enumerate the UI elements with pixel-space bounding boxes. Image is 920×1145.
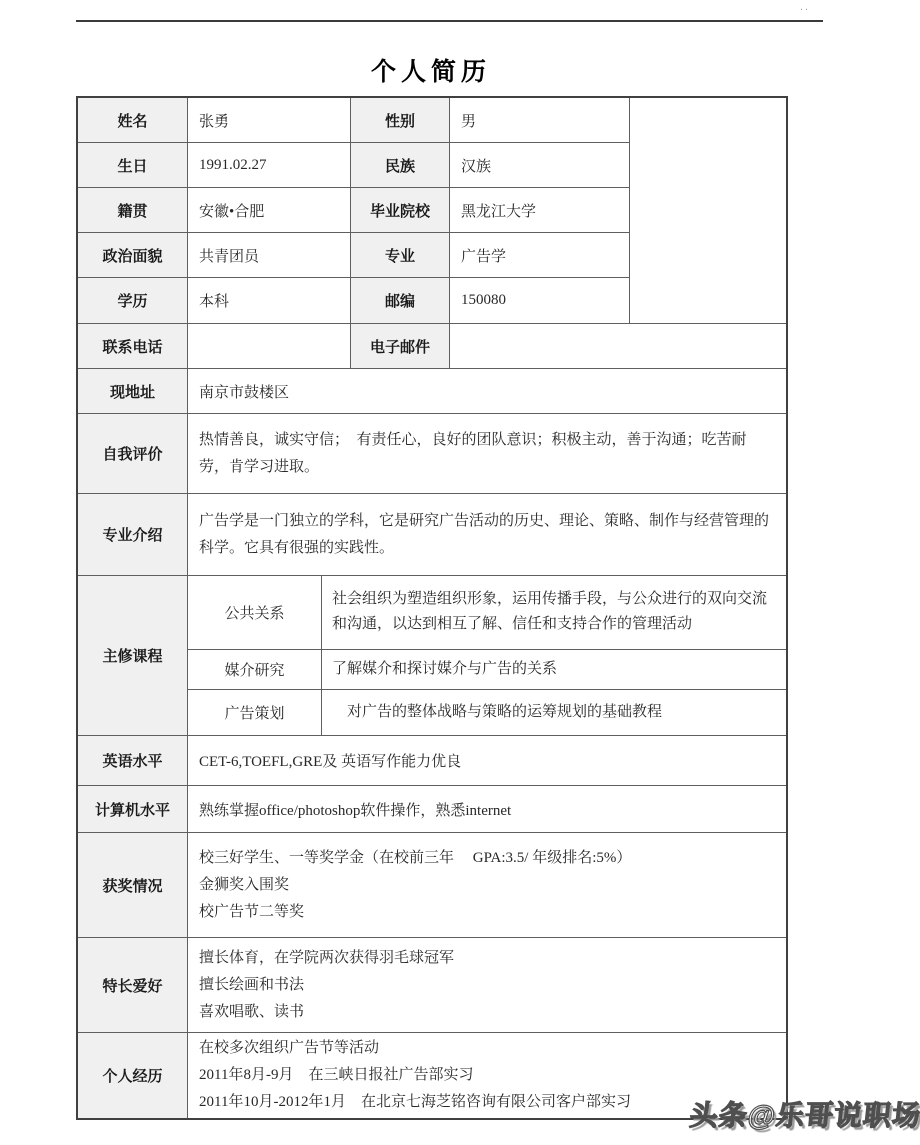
table-row-main-courses: 主修课程 公共关系 社会组织为塑造组织形象，运用传播手段，与公众进行的双向交流和…: [78, 576, 786, 736]
table-row-self-evaluation: 自我评价 热情善良，诚实守信； 有责任心，良好的团队意识；积极主动，善于沟通；吃…: [78, 414, 786, 494]
name-label: 姓名: [78, 98, 188, 142]
ethnicity-value: 汉族: [450, 143, 629, 187]
table-row-hobbies: 特长爱好 擅长体育，在学院两次获得羽毛球冠军 擅长绘画和书法 喜欢唱歌、读书: [78, 938, 786, 1033]
course-desc-text: 社会组织为塑造组织形象，运用传播手段，与公众进行的双向交流和沟通，以达到相互了解…: [332, 587, 776, 637]
self-evaluation-label: 自我评价: [78, 414, 188, 493]
hobby-line: 擅长绘画和书法: [199, 972, 775, 999]
table-row-political-major: 政治面貌 共青团员 专业 广告学: [78, 233, 629, 278]
course-desc-text: 了解媒介和探讨媒介与广告的关系: [332, 657, 557, 682]
course-desc: 社会组织为塑造组织形象，运用传播手段，与公众进行的双向交流和沟通，以达到相互了解…: [322, 576, 786, 649]
hometown-label: 籍贯: [78, 188, 188, 232]
hobbies-list: 擅长体育，在学院两次获得羽毛球冠军 擅长绘画和书法 喜欢唱歌、读书: [188, 938, 786, 1032]
self-evaluation-paragraph: 热情善良，诚实守信； 有责任心，良好的团队意识；积极主动，善于沟通；吃苦耐劳，肯…: [199, 427, 775, 481]
main-courses-label: 主修课程: [78, 576, 188, 735]
table-row-major-intro: 专业介绍 广告学是一门独立的学科，它是研究广告活动的历史、理论、策略、制作与经营…: [78, 494, 786, 576]
english-level-label: 英语水平: [78, 736, 188, 785]
course-desc: 了解媒介和探讨媒介与广告的关系: [322, 650, 786, 690]
major-intro-paragraph: 广告学是一门独立的学科，它是研究广告活动的历史、理论、策略、制作与经营管理的科学…: [199, 508, 775, 562]
awards-list: 校三好学生、一等奖学金（在校前三年 GPA:3.5/ 年级排名:5%） 金狮奖入…: [188, 833, 786, 937]
resume-page: { "page": { "title": "个人简历", "top_dots":…: [0, 0, 920, 1145]
top-divider-rule: [76, 20, 823, 22]
course-desc: 对广告的整体战略与策略的运筹规划的基础教程: [322, 690, 786, 735]
major-intro-label: 专业介绍: [78, 494, 188, 575]
phone-label: 联系电话: [78, 324, 188, 368]
birthday-label: 生日: [78, 143, 188, 187]
table-row-english-level: 英语水平 CET-6,TOEFL,GRE及 英语写作能力优良: [78, 736, 786, 786]
table-row-experience: 个人经历 在校多次组织广告节等活动 2011年8月-9月 在三峡日报社广告部实习…: [78, 1033, 786, 1118]
hobbies-label: 特长爱好: [78, 938, 188, 1032]
university-label: 毕业院校: [351, 188, 450, 232]
award-line: 金狮奖入围奖: [199, 872, 775, 899]
table-row-hometown-university: 籍贯 安徽•合肥 毕业院校 黑龙江大学: [78, 188, 629, 233]
experience-line: 2011年8月-9月 在三峡日报社广告部实习: [199, 1062, 775, 1089]
page-title: 个人简历: [76, 52, 786, 88]
table-row-address: 现地址 南京市鼓楼区: [78, 369, 786, 414]
address-label: 现地址: [78, 369, 188, 413]
hobby-line: 擅长体育，在学院两次获得羽毛球冠军: [199, 945, 775, 972]
email-value: [450, 324, 786, 368]
award-line: 校广告节二等奖: [199, 899, 775, 926]
table-row-awards: 获奖情况 校三好学生、一等奖学金（在校前三年 GPA:3.5/ 年级排名:5%）…: [78, 833, 786, 938]
self-evaluation-text: 热情善良，诚实守信； 有责任心，良好的团队意识；积极主动，善于沟通；吃苦耐劳，肯…: [188, 414, 786, 493]
name-value: 张勇: [188, 98, 351, 142]
zipcode-value: 150080: [450, 278, 629, 323]
major-intro-text: 广告学是一门独立的学科，它是研究广告活动的历史、理论、策略、制作与经营管理的科学…: [188, 494, 786, 575]
experience-line: 2011年10月-2012年1月 在北京七海芝铭咨询有限公司客户部实习: [199, 1089, 775, 1116]
course-list: 公共关系 社会组织为塑造组织形象，运用传播手段，与公众进行的双向交流和沟通，以达…: [188, 576, 786, 735]
zipcode-label: 邮编: [351, 278, 450, 323]
computer-level-value: 熟练掌握office/photoshop软件操作，熟悉internet: [188, 786, 786, 832]
degree-value: 本科: [188, 278, 351, 323]
experience-line: 在校多次组织广告节等活动: [199, 1035, 775, 1062]
degree-label: 学历: [78, 278, 188, 323]
resume-table: 姓名 张勇 性别 男 生日 1991.02.27 民族 汉族 籍贯 安徽•合肥 …: [76, 96, 788, 1120]
basic-info-grid: 姓名 张勇 性别 男 生日 1991.02.27 民族 汉族 籍贯 安徽•合肥 …: [78, 98, 629, 323]
course-row-public-relations: 公共关系 社会组织为塑造组织形象，运用传播手段，与公众进行的双向交流和沟通，以达…: [188, 576, 786, 650]
computer-level-label: 计算机水平: [78, 786, 188, 832]
gender-value: 男: [450, 98, 629, 142]
basic-info-section: 姓名 张勇 性别 男 生日 1991.02.27 民族 汉族 籍贯 安徽•合肥 …: [78, 98, 786, 324]
gender-label: 性别: [351, 98, 450, 142]
course-name: 公共关系: [188, 576, 322, 649]
address-value: 南京市鼓楼区: [188, 369, 786, 413]
university-value: 黑龙江大学: [450, 188, 629, 232]
table-row-contact: 联系电话 电子邮件: [78, 324, 786, 369]
top-corner-dots: ..: [800, 1, 810, 13]
course-name: 媒介研究: [188, 650, 322, 690]
table-row-birthday-ethnicity: 生日 1991.02.27 民族 汉族: [78, 143, 629, 188]
birthday-value: 1991.02.27: [188, 143, 351, 187]
awards-label: 获奖情况: [78, 833, 188, 937]
english-level-value: CET-6,TOEFL,GRE及 英语写作能力优良: [188, 736, 786, 785]
phone-value: [188, 324, 351, 368]
course-desc-text: 对广告的整体战略与策略的运筹规划的基础教程: [332, 700, 662, 725]
major-label: 专业: [351, 233, 450, 277]
course-row-ad-planning: 广告策划 对广告的整体战略与策略的运筹规划的基础教程: [188, 690, 786, 735]
course-name: 广告策划: [188, 690, 322, 735]
hobby-line: 喜欢唱歌、读书: [199, 999, 775, 1026]
award-line: 校三好学生、一等奖学金（在校前三年 GPA:3.5/ 年级排名:5%）: [199, 845, 775, 872]
ethnicity-label: 民族: [351, 143, 450, 187]
hometown-value: 安徽•合肥: [188, 188, 351, 232]
table-row-degree-zipcode: 学历 本科 邮编 150080: [78, 278, 629, 323]
email-label: 电子邮件: [351, 324, 450, 368]
photo-placeholder-cell: [629, 98, 786, 323]
political-status-value: 共青团员: [188, 233, 351, 277]
watermark: 头条@乐哥说职场: [688, 1094, 920, 1134]
table-row-name-gender: 姓名 张勇 性别 男: [78, 98, 629, 143]
major-value: 广告学: [450, 233, 629, 277]
table-row-computer-level: 计算机水平 熟练掌握office/photoshop软件操作，熟悉interne…: [78, 786, 786, 833]
political-status-label: 政治面貌: [78, 233, 188, 277]
experience-label: 个人经历: [78, 1033, 188, 1118]
course-row-media-research: 媒介研究 了解媒介和探讨媒介与广告的关系: [188, 650, 786, 691]
